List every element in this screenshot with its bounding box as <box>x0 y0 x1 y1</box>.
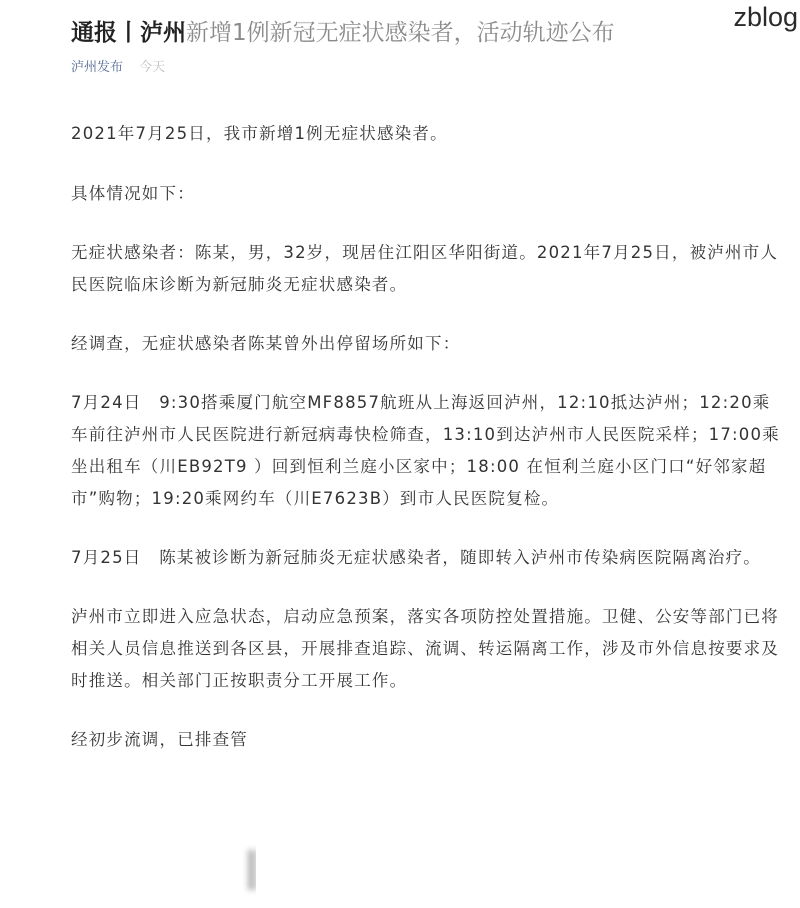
paragraph-response: 泸州市立即进入应急状态，启动应急预案，落实各项防控处置措施。卫健、公安等部门已将… <box>71 601 781 697</box>
source-link[interactable]: 泸州发布 <box>71 60 123 75</box>
article-title-prefix: 通报丨泸州 <box>71 20 186 46</box>
paragraph-details-heading: 具体情况如下： <box>71 178 781 210</box>
article-title: 通报丨泸州新增1例新冠无症状感染者，活动轨迹公布 <box>71 16 781 50</box>
paragraph-trace-heading: 经调查，无症状感染者陈某曾外出停留场所如下： <box>71 328 781 360</box>
paragraph-july-25: 7月25日 陈某被诊断为新冠肺炎无症状感染者，随即转入泸州市传染病医院隔离治疗。 <box>71 542 781 574</box>
paragraph-truncated: 经初步流调，已排查管 <box>71 724 781 756</box>
article-body: 2021年7月25日，我市新增1例无症状感染者。 具体情况如下： 无症状感染者：… <box>71 118 781 756</box>
byline: 泸州发布 今天 <box>71 58 781 78</box>
truncation-fade <box>70 842 800 908</box>
article: 通报丨泸州新增1例新冠无症状感染者，活动轨迹公布 泸州发布 今天 2021年7月… <box>71 16 781 783</box>
paragraph-july-24: 7月24日 9:30搭乘厦门航空MF8857航班从上海返回泸州，12:10抵达泸… <box>71 387 781 515</box>
article-title-rest: 新增1例新冠无症状感染者，活动轨迹公布 <box>186 20 615 46</box>
truncation-shadow <box>248 850 262 890</box>
truncation-blank <box>256 842 800 908</box>
paragraph-case-info: 无症状感染者：陈某，男，32岁，现居住江阳区华阳街道。2021年7月25日，被泸… <box>71 237 781 301</box>
paragraph-summary: 2021年7月25日，我市新增1例无症状感染者。 <box>71 118 781 150</box>
publish-date: 今天 <box>139 60 165 75</box>
